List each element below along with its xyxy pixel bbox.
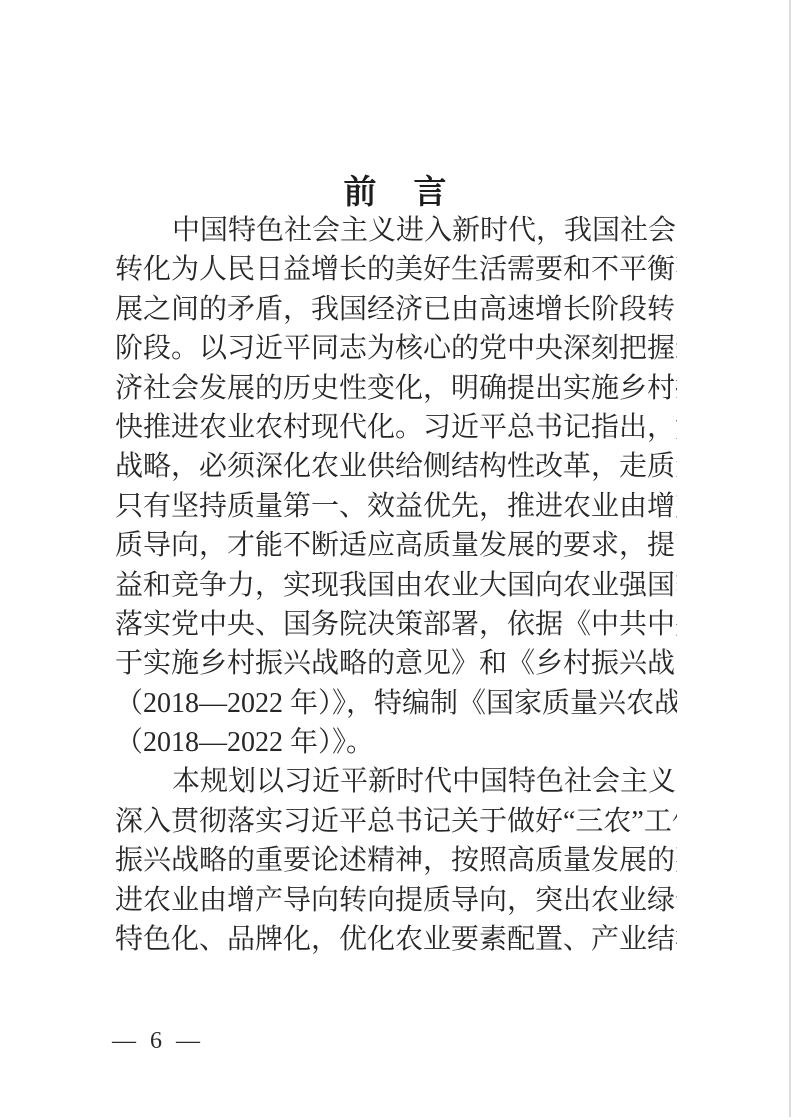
text-line: 益和竞争力，实现我国由农业大国向农业强国转变。为贯彻 xyxy=(115,566,677,605)
text-line: 战略，必须深化农业供给侧结构性改革，走质量兴农之路。 xyxy=(115,447,677,486)
text-line: 只有坚持质量第一、效益优先，推进农业由增产导向转向提 xyxy=(115,487,677,526)
text-line: 深入贯彻落实习近平总书记关于做好“三农”工作、实施乡村 xyxy=(115,802,677,841)
paragraph: 中国特色社会主义进入新时代，我国社会主要矛盾已经转化为人民日益增长的美好生活需要… xyxy=(115,211,677,762)
text-line: 质导向，才能不断适应高质量发展的要求，提高农业综合效 xyxy=(115,526,677,565)
text-line: 快推进农业农村现代化。习近平总书记指出，实施乡村振兴 xyxy=(115,408,677,447)
text-line: 展之间的矛盾，我国经济已由高速增长阶段转向高质量发展 xyxy=(115,290,677,329)
text-line: 转化为人民日益增长的美好生活需要和不平衡不充分的发 xyxy=(115,250,677,289)
paragraph: 本规划以习近平新时代中国特色社会主义思想为指导，深入贯彻落实习近平总书记关于做好… xyxy=(115,762,677,959)
text-line: 落实党中央、国务院决策部署，依据《中共中央 国务院关 xyxy=(115,605,677,644)
page-number: — 6 — xyxy=(112,1028,204,1055)
document-body: 中国特色社会主义进入新时代，我国社会主要矛盾已经转化为人民日益增长的美好生活需要… xyxy=(115,211,677,959)
text-line: 于实施乡村振兴战略的意见》和《乡村振兴战略规划 xyxy=(115,644,677,683)
text-line: 特色化、品牌化，优化农业要素配置、产业结构、空间布局、 xyxy=(115,920,677,959)
text-line: （2018—2022 年）》，特编制《国家质量兴农战略规划 xyxy=(115,684,677,723)
text-line: 济社会发展的历史性变化，明确提出实施乡村振兴战略，加 xyxy=(115,369,677,408)
text-line: 中国特色社会主义进入新时代，我国社会主要矛盾已经 xyxy=(115,211,677,250)
text-line: 阶段。以习近平同志为核心的党中央深刻把握新时代我国经 xyxy=(115,329,677,368)
page-title: 前 言 xyxy=(115,166,677,213)
document-page: 前 言 中国特色社会主义进入新时代，我国社会主要矛盾已经转化为人民日益增长的美好… xyxy=(0,0,791,1117)
text-line: 本规划以习近平新时代中国特色社会主义思想为指导， xyxy=(115,762,677,801)
text-line: （2018—2022 年）》。 xyxy=(115,723,677,762)
text-line: 进农业由增产导向转向提质导向，突出农业绿色化、优质化、 xyxy=(115,881,677,920)
text-line: 振兴战略的重要论述精神，按照高质量发展的要求，围绕推 xyxy=(115,841,677,880)
